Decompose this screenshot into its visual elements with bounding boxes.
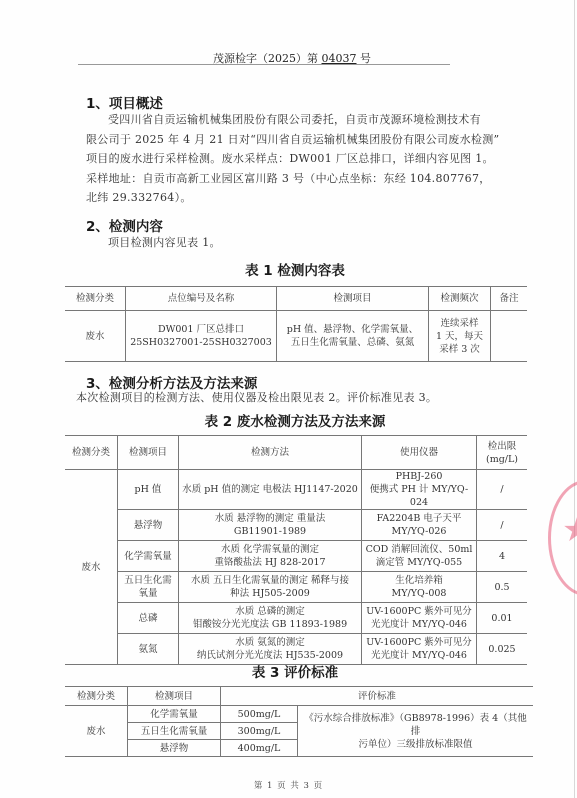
instr-line: 便携式 PH 计 MY/YQ-024 [364,483,474,509]
paragraph-line: 项目的废水进行采样检测。废水采样点：DW001 厂区总排口，详细内容见图 1。 [86,149,504,169]
cell-value: 300mg/L [221,723,298,740]
cell-method: 水质 化学需氧量的测定重铬酸盐法 HJ 828-2017 [179,541,362,572]
table1-caption: 表 1 检测内容表 [60,259,530,279]
instr-line: PHBJ-260 [364,470,474,483]
cell-category: 废水 [65,311,126,362]
cell-method: 水质 悬浮物的测定 重量法GB11901-1989 [179,510,362,541]
paragraph-line: 受四川省自贡运输机械集团股份有限公司委托，自贡市茂源环境检测技术有 [86,110,504,130]
table-row: 废水 DW001 厂区总排口 25SH0327001-25SH0327003 p… [65,311,527,362]
seal-star-icon: ★ [562,510,577,550]
col-header: 检测分类 [65,436,118,470]
method-line: 水质 氨氮的测定 [181,636,359,649]
cell-remark [491,311,528,362]
table-header-row: 检测分类 检测项目 评价标准 [65,687,533,706]
freq-line: 连续采样 [431,317,488,330]
table2-methods: 检测分类 检测项目 检测方法 使用仪器 检出限 (mg/L) 废水 pH 值 水… [65,435,527,665]
paragraph-line: 本次检测项目的检测方法、使用仪器及检出限见表 2。评价标准见表 3。 [76,388,536,408]
table-header-row: 检测分类 检测项目 检测方法 使用仪器 检出限 (mg/L) [65,436,527,470]
col-header: 备注 [491,287,528,311]
instr-line: 生化培养箱 [364,574,474,587]
cell-instrument: COD 消解回流仪、50ml滴定管 MY/YQ-055 [362,541,477,572]
instr-line: UV-1600PC 紫外可见分 [364,605,474,618]
col-header: 检测项目 [277,287,429,311]
table-header-row: 检测分类 点位编号及名称 检测项目 检测频次 备注 [65,287,527,311]
instr-line: 光光度计 MY/YQ-046 [364,618,474,631]
instr-line: COD 消解回流仪、50ml [364,543,474,556]
cell-frequency: 连续采样 1 天，每天 采样 3 次 [429,311,491,362]
limit-unit: (mg/L) [479,453,525,466]
cell-method: 水质 氨氮的测定纳氏试剂分光光度法 HJ535-2009 [179,634,362,665]
cell-item: 五日生化需氧量 [118,572,179,603]
paragraph-line: 北纬 29.332764）。 [86,188,504,208]
section2-title: 2、检测内容 [86,215,163,235]
cell-category: 废水 [65,470,118,665]
paragraph-line: 采样地址：自贡市高新工业园区富川路 3 号（中心点坐标：东经 104.80776… [86,169,504,189]
table3-caption: 表 3 评价标准 [60,661,530,681]
cell-method: 水质 五日生化需氧量的测定 稀释与接种法 HJ505-2009 [179,572,362,603]
instr-line: UV-1600PC 紫外可见分 [364,636,474,649]
col-header: 检测方法 [179,436,362,470]
standard-line: 污单位）三级排放标准限值 [300,738,531,751]
cell-limit: 0.025 [477,634,528,665]
method-line: 重铬酸盐法 HJ 828-2017 [181,556,359,569]
sample-ids: 25SH0327001-25SH0327003 [128,336,274,349]
instr-line: MY/YQ-008 [364,587,474,600]
table3-evaluation-standard: 检测分类 检测项目 评价标准 废水 化学需氧量 500mg/L 《污水综合排放标… [65,686,533,757]
method-line: 水质 pH 值的测定 电极法 HJ1147-2020 [181,483,359,496]
limit-header: 检出限 [479,440,525,453]
standard-line: 《污水综合排放标准》（GB8978-1996）表 4（其他排 [300,712,531,738]
method-line: GB11901-1989 [181,525,359,538]
instr-line: FA2204B 电子天平 [364,512,474,525]
cell-limit: / [477,510,528,541]
cell-point: DW001 厂区总排口 25SH0327001-25SH0327003 [126,311,277,362]
header-divider [78,64,450,65]
cell-item: 悬浮物 [118,510,179,541]
method-line: 水质 总磷的测定 [181,605,359,618]
method-line: 种法 HJ505-2009 [181,587,359,600]
cell-category: 废水 [65,706,128,757]
method-line: 水质 化学需氧量的测定 [181,543,359,556]
section1-paragraph: 受四川省自贡运输机械集团股份有限公司委托，自贡市茂源环境检测技术有 限公司于 2… [86,110,504,208]
cell-method: 水质 总磷的测定钼酸铵分光光度法 GB 11893-1989 [179,603,362,634]
section2-paragraph: 项目检测内容见表 1。 [86,233,504,253]
cell-item: 氨氮 [118,634,179,665]
table-row: 氨氮 水质 氨氮的测定纳氏试剂分光光度法 HJ535-2009 UV-1600P… [65,634,527,665]
cell-item: 总磷 [118,603,179,634]
cell-instrument: 生化培养箱MY/YQ-008 [362,572,477,603]
cell-limit: 4 [477,541,528,572]
cell-item: 化学需氧量 [128,706,221,723]
instr-line: MY/YQ-026 [364,525,474,538]
items-line: pH 值、悬浮物、化学需氧量、 [279,323,426,336]
cell-limit: / [477,470,528,510]
col-header: 评价标准 [221,687,534,706]
col-header: 使用仪器 [362,436,477,470]
method-line: 水质 五日生化需氧量的测定 稀释与接 [181,574,359,587]
method-line: 水质 悬浮物的测定 重量法 [181,512,359,525]
col-header: 检测分类 [65,687,128,706]
col-header: 检测项目 [128,687,221,706]
table-row: 总磷 水质 总磷的测定钼酸铵分光光度法 GB 11893-1989 UV-160… [65,603,527,634]
point-name: DW001 厂区总排口 [128,323,274,336]
instr-line: 滴定管 MY/YQ-055 [364,556,474,569]
page-footer: 第 1 页 共 3 页 [0,779,577,791]
page-edge [574,0,575,798]
method-line: 钼酸铵分光光度法 GB 11893-1989 [181,618,359,631]
col-header: 检测项目 [118,436,179,470]
table-row: 废水 化学需氧量 500mg/L 《污水综合排放标准》（GB8978-1996）… [65,706,533,723]
cell-items: pH 值、悬浮物、化学需氧量、 五日生化需氧量、总磷、氨氮 [277,311,429,362]
paragraph-line: 限公司于 2025 年 4 月 21 日对“四川省自贡运输机械集团股份有限公司废… [86,130,504,150]
cell-item: 五日生化需氧量 [128,723,221,740]
freq-line: 1 天，每天 [431,330,488,343]
cell-instrument: PHBJ-260便携式 PH 计 MY/YQ-024 [362,470,477,510]
section3-paragraph: 本次检测项目的检测方法、使用仪器及检出限见表 2。评价标准见表 3。 [76,388,536,408]
cell-limit: 0.5 [477,572,528,603]
col-header: 点位编号及名称 [126,287,277,311]
cell-instrument: UV-1600PC 紫外可见分光光度计 MY/YQ-046 [362,603,477,634]
table-row: 废水 pH 值 水质 pH 值的测定 电极法 HJ1147-2020 PHBJ-… [65,470,527,510]
section1-title: 1、项目概述 [86,92,163,112]
cell-item: 悬浮物 [128,740,221,757]
table-row: 五日生化需氧量 水质 五日生化需氧量的测定 稀释与接种法 HJ505-2009 … [65,572,527,603]
cell-instrument: FA2204B 电子天平MY/YQ-026 [362,510,477,541]
col-header: 检测分类 [65,287,126,311]
items-line: 五日生化需氧量、总磷、氨氮 [279,336,426,349]
col-header: 检测频次 [429,287,491,311]
cell-method: 水质 pH 值的测定 电极法 HJ1147-2020 [179,470,362,510]
col-header: 检出限 (mg/L) [477,436,528,470]
cell-value: 500mg/L [221,706,298,723]
table-row: 化学需氧量 水质 化学需氧量的测定重铬酸盐法 HJ 828-2017 COD 消… [65,541,527,572]
cell-standard: 《污水综合排放标准》（GB8978-1996）表 4（其他排 污单位）三级排放标… [298,706,534,757]
cell-value: 400mg/L [221,740,298,757]
paragraph-line: 项目检测内容见表 1。 [86,233,504,253]
table2-caption: 表 2 废水检测方法及方法来源 [60,410,530,430]
cell-instrument: UV-1600PC 紫外可见分光光度计 MY/YQ-046 [362,634,477,665]
cell-item: 化学需氧量 [118,541,179,572]
table1-detection-content: 检测分类 点位编号及名称 检测项目 检测频次 备注 废水 DW001 厂区总排口… [65,286,527,362]
freq-line: 采样 3 次 [431,343,488,356]
cell-limit: 0.01 [477,603,528,634]
cell-item: pH 值 [118,470,179,510]
table-row: 悬浮物 水质 悬浮物的测定 重量法GB11901-1989 FA2204B 电子… [65,510,527,541]
